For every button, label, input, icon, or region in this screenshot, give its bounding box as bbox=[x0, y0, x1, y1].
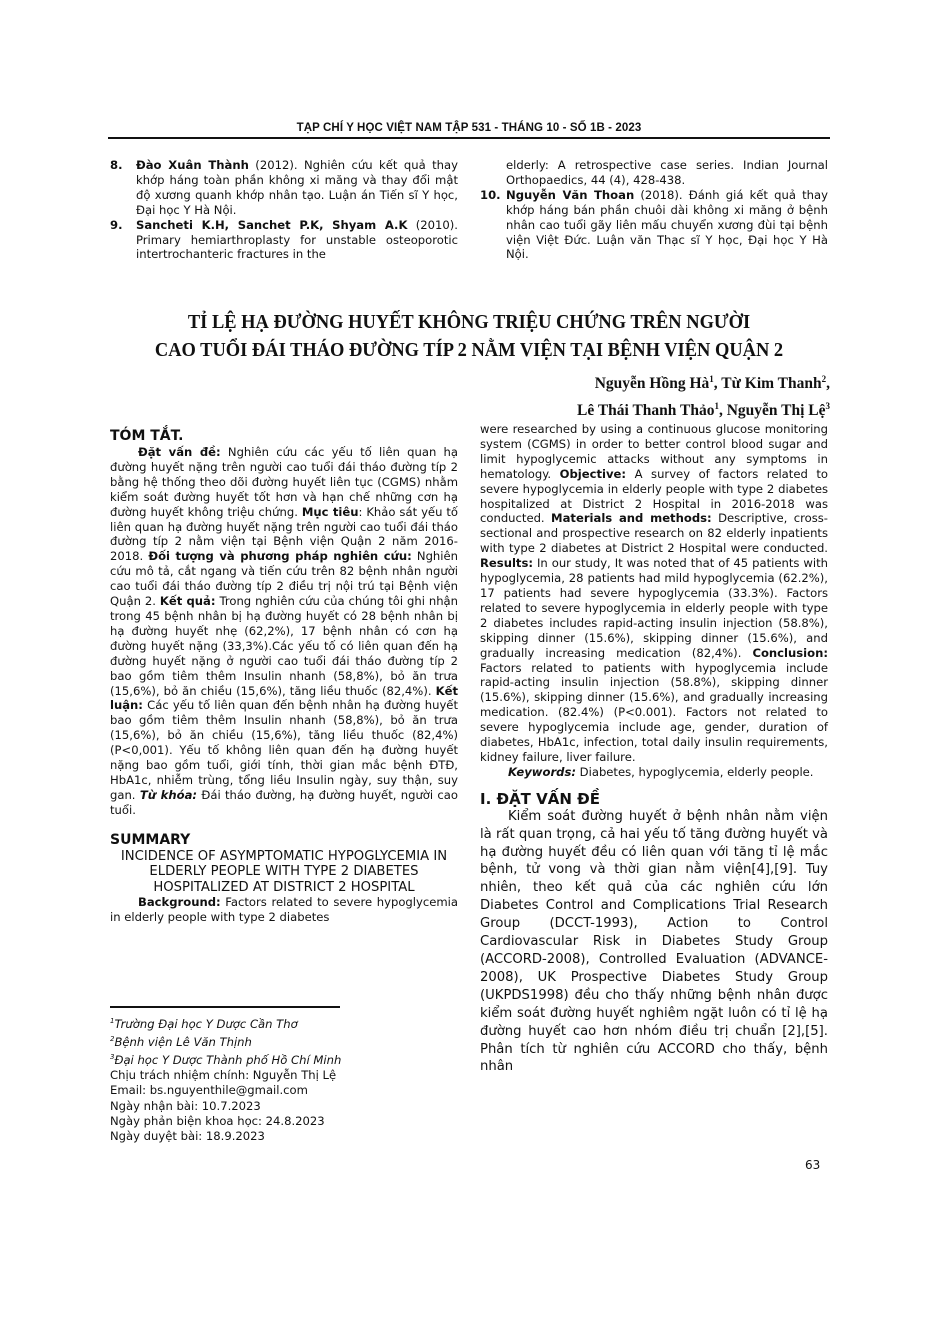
abstract-right-column: were researched by using a continuous gl… bbox=[480, 422, 828, 1076]
summary-body: were researched by using a continuous gl… bbox=[480, 422, 828, 765]
authors-line-1: Nguyễn Hồng Hà1, Từ Kim Thanh2, bbox=[420, 368, 830, 395]
article-title-line-2: CAO TUỔI ĐÁI THÁO ĐƯỜNG TÍP 2 NẰM VIỆN T… bbox=[144, 336, 794, 364]
label-keywords: Từ khóa: bbox=[140, 788, 197, 802]
footnotes: 1Trường Đại học Y Dược Cần Thơ 2Bệnh việ… bbox=[110, 1014, 458, 1144]
label-background-en: Background: bbox=[138, 895, 221, 909]
reference-number: 8. bbox=[110, 158, 136, 218]
label-objective-en: Objective: bbox=[560, 467, 626, 481]
author-name: Nguyễn Thị Lệ bbox=[727, 402, 826, 419]
abstract-vi-body: Đặt vấn đề: Nghiên cứu các yếu tố liên q… bbox=[110, 445, 458, 818]
abstract-left-column: TÓM TẮT. Đặt vấn đề: Nghiên cứu các yếu … bbox=[110, 428, 458, 925]
affiliation-text: Trường Đại học Y Dược Cần Thơ bbox=[114, 1017, 297, 1031]
author-separator: , bbox=[719, 402, 727, 419]
label-conclusion-en: Conclusion: bbox=[752, 646, 828, 660]
label-results-en: Results: bbox=[480, 556, 533, 570]
page-number: 63 bbox=[805, 1158, 820, 1172]
label-background: Đặt vấn đề: bbox=[138, 445, 221, 459]
reference-body: Nguyễn Văn Thoan (2018). Đánh giá kết qu… bbox=[506, 188, 828, 263]
reference-author: Sancheti K.H, Sanchet P.K, Shyam A.K bbox=[136, 218, 407, 232]
reference-body: Sancheti K.H, Sanchet P.K, Shyam A.K (20… bbox=[136, 218, 458, 263]
reference-continuation: elderly: A retrospective case series. In… bbox=[480, 158, 828, 188]
author-name: Lê Thái Thanh Thảo bbox=[577, 402, 714, 419]
author-affiliation: 3 bbox=[826, 401, 831, 411]
label-keywords-en: Keywords: bbox=[508, 765, 576, 779]
reference-item: 10. Nguyễn Văn Thoan (2018). Đánh giá kế… bbox=[480, 188, 828, 263]
label-results: Kết quả: bbox=[160, 594, 216, 608]
article-title-line-1: TỈ LỆ HẠ ĐƯỜNG HUYẾT KHÔNG TRIỆU CHỨNG T… bbox=[144, 308, 794, 336]
corresponding-author: Chịu trách nhiệm chính: Nguyễn Thị Lệ bbox=[110, 1068, 458, 1083]
article-authors: Nguyễn Hồng Hà1, Từ Kim Thanh2, Lê Thái … bbox=[420, 368, 830, 422]
author-separator: , bbox=[826, 375, 830, 392]
date-received: Ngày nhận bài: 10.7.2023 bbox=[110, 1099, 458, 1114]
label-methods-en: Materials and methods: bbox=[551, 511, 712, 525]
date-approved: Ngày duyệt bài: 18.9.2023 bbox=[110, 1129, 458, 1144]
reference-item: 8. Đào Xuân Thành (2012). Nghiên cứu kết… bbox=[110, 158, 458, 218]
header-rule bbox=[108, 137, 830, 139]
label-methods: Đối tượng và phương pháp nghiên cứu: bbox=[148, 549, 411, 563]
email: Email: bs.nguyenthile@gmail.com bbox=[110, 1083, 458, 1098]
affiliation-1: 1Trường Đại học Y Dược Cần Thơ bbox=[110, 1014, 458, 1032]
reference-author: Nguyễn Văn Thoan bbox=[506, 188, 634, 202]
abstract-vi-heading: TÓM TẮT. bbox=[110, 428, 458, 445]
footnote-rule bbox=[110, 1006, 340, 1008]
intro-heading: I. ĐẶT VẤN ĐỀ bbox=[480, 790, 828, 808]
intro-text: Kiểm soát đường huyết ở bệnh nhân nằm vi… bbox=[480, 808, 828, 1077]
references-right-column: elderly: A retrospective case series. In… bbox=[480, 158, 828, 262]
authors-line-2: Lê Thái Thanh Thảo1, Nguyễn Thị Lệ3 bbox=[420, 395, 830, 422]
text-keywords-en: Diabetes, hypoglycemia, elderly people. bbox=[576, 765, 814, 779]
journal-page: TẠP CHÍ Y HỌC VIỆT NAM TẬP 531 - THÁNG 1… bbox=[0, 0, 942, 1333]
journal-header: TẠP CHÍ Y HỌC VIỆT NAM TẬP 531 - THÁNG 1… bbox=[108, 122, 830, 134]
reference-number: 9. bbox=[110, 218, 136, 263]
author-name: Từ Kim Thanh bbox=[721, 375, 821, 392]
affiliation-text: Đại học Y Dược Thành phố Hồ Chí Minh bbox=[114, 1053, 341, 1067]
affiliation-text: Bệnh viện Lê Văn Thịnh bbox=[114, 1035, 251, 1049]
affiliation-3: 3Đại học Y Dược Thành phố Hồ Chí Minh bbox=[110, 1050, 458, 1068]
date-reviewed: Ngày phản biện khoa học: 24.8.2023 bbox=[110, 1114, 458, 1129]
author-name: Nguyễn Hồng Hà bbox=[595, 375, 710, 392]
summary-heading: SUMMARY bbox=[110, 832, 458, 849]
reference-body: Đào Xuân Thành (2012). Nghiên cứu kết qu… bbox=[136, 158, 458, 218]
text-results: Trong nghiên cứu của chúng tôi ghi nhận … bbox=[110, 594, 458, 697]
text-conclusion-en: Factors related to patients with hypogly… bbox=[480, 661, 828, 764]
article-title: TỈ LỆ HẠ ĐƯỜNG HUYẾT KHÔNG TRIỆU CHỨNG T… bbox=[144, 308, 794, 364]
references-left-column: 8. Đào Xuân Thành (2012). Nghiên cứu kết… bbox=[110, 158, 458, 262]
summary-keywords: Keywords: Diabetes, hypoglycemia, elderl… bbox=[480, 765, 828, 780]
reference-number: 10. bbox=[480, 188, 506, 263]
summary-title: INCIDENCE OF ASYMPTOMATIC HYPOGLYCEMIA I… bbox=[110, 849, 458, 896]
label-objective: Mục tiêu bbox=[302, 505, 359, 519]
affiliation-2: 2Bệnh viện Lê Văn Thịnh bbox=[110, 1032, 458, 1050]
text-results-en: In our study, It was noted that of 45 pa… bbox=[480, 556, 828, 659]
reference-item: 9. Sancheti K.H, Sanchet P.K, Shyam A.K … bbox=[110, 218, 458, 263]
summary-background: Background: Factors related to severe hy… bbox=[110, 895, 458, 925]
reference-author: Đào Xuân Thành bbox=[136, 158, 249, 172]
text-conclusion: Các yếu tố liên quan đến bệnh nhân hạ đư… bbox=[110, 698, 458, 801]
